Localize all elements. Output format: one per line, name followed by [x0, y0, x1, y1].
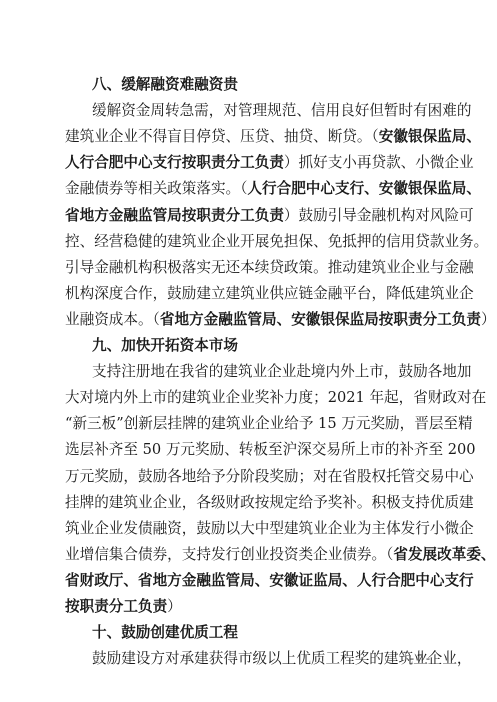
body-text: ） — [167, 598, 182, 615]
paragraph-line: 建筑业企业不得盲目停贷、压贷、抽贷、断贷。（安徽银保监局、 — [65, 124, 437, 150]
paragraph-line: 支持注册地在我省的建筑业企业赴境内外上市，鼓励各地加 — [92, 359, 437, 385]
paragraph-line: 省财政厅、省地方金融监管局、安徽证监局、人行合肥中心支行 — [65, 568, 437, 594]
document-page: 八、缓解融资难融资贵缓解资金周转急需，对管理规范、信用良好但暂时有困难的建筑业企… — [0, 0, 497, 702]
body-text: ） — [481, 311, 496, 328]
page-number: - 7 - — [410, 651, 430, 666]
responsible-agency-text: 省地方金融监管局按职责分工负责 — [65, 207, 284, 224]
body-text: 引导金融机构积极落实无还本续贷政策。推动建筑业企业与金融 — [65, 259, 474, 276]
body-text: 支持注册地在我省的建筑业企业赴境内外上市，鼓励各地加 — [92, 363, 471, 380]
paragraph-line: 人行合肥中心支行按职责分工负责）抓好支小再贷款、小微企业 — [65, 150, 437, 176]
body-text: 建筑业企业不得盲目停贷、压贷、抽贷、断贷。（ — [65, 128, 379, 145]
body-text: 大对境内外上市的建筑业企业奖补力度；2021 年起，省财政对在 — [65, 389, 486, 406]
paragraph-line: 金融债券等相关政策落实。（人行合肥中心支行、安徽银保监局、 — [65, 176, 437, 202]
body-text: 万元奖励，鼓励各地给予分阶段奖励；对在省股权托管交易中心 — [65, 468, 474, 485]
responsible-agency-text: 人行合肥中心支行按职责分工负责 — [65, 154, 284, 171]
paragraph-line: 省地方金融监管局按职责分工负责）鼓励引导金融机构对风险可 — [65, 203, 437, 229]
responsible-agency-text: 按职责分工负责 — [65, 598, 167, 615]
body-text: 缓解资金周转急需，对管理规范、信用良好但暂时有困难的 — [92, 102, 471, 119]
section-heading: 八、缓解融资难融资贵 — [92, 72, 437, 98]
body-text: “新三板”创新层挂牌的建筑业企业给予 15 万元奖励，晋层至精 — [65, 415, 473, 432]
body-text: 机构深度合作，鼓励建立建筑业供应链金融平台，降低建筑业企 — [65, 285, 474, 302]
body-text: 控、经营稳健的建筑业企业开展免担保、免抵押的信用贷款业务。 — [65, 233, 488, 250]
paragraph-line: 大对境内外上市的建筑业企业奖补力度；2021 年起，省财政对在 — [65, 385, 437, 411]
responsible-agency-text: 省地方金融监管局、安徽银保监局按职责分工负责 — [160, 311, 481, 328]
paragraph-line: 鼓励建设方对承建获得市级以上优质工程奖的建筑业企业， — [92, 646, 437, 672]
section-heading: 十、鼓励创建优质工程 — [92, 620, 437, 646]
paragraph-line: 引导金融机构积极落实无还本续贷政策。推动建筑业企业与金融 — [65, 255, 437, 281]
paragraph-line: 机构深度合作，鼓励建立建筑业供应链金融平台，降低建筑业企 — [65, 281, 437, 307]
paragraph-line: “新三板”创新层挂牌的建筑业企业给予 15 万元奖励，晋层至精 — [65, 411, 437, 437]
body-text: 选层补齐至 50 万元奖励、转板至沪深交易所上市的补齐至 200 — [65, 441, 476, 458]
paragraph-line: 业增信集合债券，支持发行创业投资类企业债券。（省发展改革委、 — [65, 542, 437, 568]
responsible-agency-text: 安徽银保监局、 — [379, 128, 481, 145]
paragraph-line: 控、经营稳健的建筑业企业开展免担保、免抵押的信用贷款业务。 — [65, 229, 437, 255]
responsible-agency-text: 省发展改革委、 — [393, 546, 495, 563]
responsible-agency-text: 人行合肥中心支行、安徽银保监局、 — [247, 180, 481, 197]
body-text: ）鼓励引导金融机构对风险可 — [284, 207, 474, 224]
paragraph-line: 业融资成本。（省地方金融监管局、安徽银保监局按职责分工负责） — [65, 307, 437, 333]
section-heading: 九、加快开拓资本市场 — [92, 333, 437, 359]
body-text: 金融债券等相关政策落实。（ — [65, 180, 247, 197]
body-text: ）抓好支小再贷款、小微企业 — [284, 154, 474, 171]
paragraph-line: 缓解资金周转急需，对管理规范、信用良好但暂时有困难的 — [92, 98, 437, 124]
paragraph-line: 选层补齐至 50 万元奖励、转板至沪深交易所上市的补齐至 200 — [65, 437, 437, 463]
paragraph-line: 挂牌的建筑业企业，各级财政按规定给予奖补。积极支持优质建 — [65, 490, 437, 516]
body-text: 筑业企业发债融资，鼓励以大中型建筑业企业为主体发行小微企 — [65, 520, 474, 537]
paragraph-line: 筑业企业发债融资，鼓励以大中型建筑业企业为主体发行小微企 — [65, 516, 437, 542]
responsible-agency-text: 省财政厅、省地方金融监管局、安徽证监局、人行合肥中心支行 — [65, 572, 474, 589]
body-text: 业增信集合债券，支持发行创业投资类企业债券。（ — [65, 546, 393, 563]
body-text: 挂牌的建筑业企业，各级财政按规定给予奖补。积极支持优质建 — [65, 494, 474, 511]
paragraph-line: 万元奖励，鼓励各地给予分阶段奖励；对在省股权托管交易中心 — [65, 464, 437, 490]
paragraph-line: 按职责分工负责） — [65, 594, 437, 620]
body-text: 业融资成本。（ — [65, 311, 160, 328]
